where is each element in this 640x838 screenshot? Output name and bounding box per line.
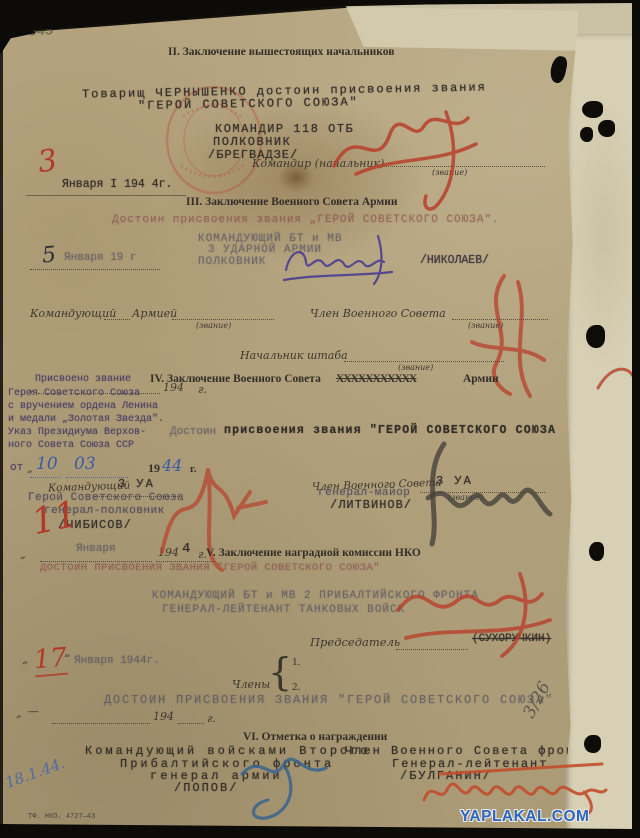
award-stamp-line: ного Совета Союза ССР — [8, 440, 134, 451]
form-line — [344, 360, 504, 362]
section5-heading: V. Заключение наградной комиссии НКО — [206, 547, 421, 559]
section2-post-2: ПОЛКОВНИК — [213, 135, 291, 149]
form-rank-label: (звание) — [196, 321, 231, 330]
award-stamp-line: Присвоено звание — [35, 374, 131, 385]
date-line — [30, 268, 160, 270]
section4-heading: IV. Заключение Военного Совета — [150, 373, 321, 385]
section5-form-year-g: г. — [207, 712, 216, 725]
scanned-award-document: 545 II. Заключение вышестоящих начальник… — [0, 0, 640, 838]
section3-date-day-handwritten: 5 — [41, 242, 57, 268]
form-line — [52, 722, 150, 724]
section2-heading: II. Заключение вышестоящих начальников — [168, 46, 394, 58]
section3-surname: /НИКОЛАЕВ/ — [420, 254, 489, 267]
signature-nikolaev — [280, 222, 415, 294]
punch-hole — [584, 735, 601, 753]
award-stamp-line: Героя Советского Союза — [8, 388, 140, 399]
section4-member-name: /ЛИТВИНОВ/ — [330, 498, 412, 512]
form-rank-label: (звание) — [398, 363, 433, 372]
form-line — [30, 476, 60, 478]
award-stamp-date-day-handwritten: 10 — [36, 454, 58, 474]
award-stamp-line: и медали „Золотая Звезда". — [8, 414, 164, 425]
award-stamp-line: Указ Президиума Верхов- — [8, 427, 146, 438]
signature-popov — [228, 746, 346, 824]
form-chief-label: Начальник штаба — [240, 349, 348, 362]
form-member-label: Член Военного Совета — [310, 307, 446, 320]
award-stamp-date-month-handwritten: 03 — [74, 454, 96, 474]
award-stamp-date-prefix: от — [10, 462, 23, 474]
form-dash: — — [28, 705, 39, 718]
form-rank-label: (звание) — [468, 321, 503, 330]
section4-heading-suffix: Армии — [463, 373, 499, 385]
section5-statement-2: ДОСТОИН ПРИСВОЕНИЯ ЗВАНИЯ "ГЕРОЙ СОВЕТСК… — [104, 693, 554, 707]
section4-heading-struck: ХХХХХХХХХХХ — [336, 373, 416, 385]
form-open-quote: „ — [16, 707, 22, 720]
members-brace: { — [268, 650, 292, 694]
date-line — [26, 194, 186, 196]
section4-statement-light: Достоин — [170, 426, 216, 438]
form-army-label: Армией — [132, 307, 177, 320]
punch-hole — [598, 120, 615, 137]
section5-statement: ДОСТОИН ПРИСВОЕНИЯ ЗВАНИЯ "ГЕРОЙ СОВЕТСК… — [40, 562, 380, 574]
punch-hole — [589, 542, 604, 561]
section3-date-text: Января 19 г — [64, 252, 137, 264]
award-stamp-open-quote: „ — [27, 462, 33, 475]
backing-sheet-strip — [564, 34, 636, 838]
section4-date-open-quote: „ — [20, 548, 26, 561]
section5-date-text: Января 1944г. — [74, 655, 160, 667]
form-line — [178, 722, 204, 724]
signature-sukhoruchkin — [382, 566, 557, 666]
section3-post-3: ПОЛКОВНИК — [198, 256, 266, 268]
section6-heading: VI. Отметка о награждении — [243, 731, 387, 743]
section5-post-2: ГЕНЕРАЛ-ЛЕЙТЕНАНТ ТАНКОВЫХ ВОЙСК — [162, 604, 405, 616]
punch-hole — [582, 101, 603, 118]
signature-litvinov-pencil — [410, 436, 555, 554]
punch-hole — [580, 127, 593, 142]
form-line — [104, 318, 130, 320]
section5-form-year: 194 — [153, 710, 174, 723]
award-stamp-line: с вручением ордена Ленина — [8, 401, 158, 412]
section2-date-text: Января I 194 4г. — [62, 178, 172, 191]
watermark: YAPLAKAL.COM — [460, 808, 589, 826]
members-item-1: 1. — [292, 656, 300, 668]
scan-border-right — [632, 0, 640, 838]
section5-date-close-quote: “ — [64, 652, 70, 666]
punch-hole — [586, 325, 605, 348]
form-line — [452, 318, 548, 320]
section5-date-open-quote: „ — [22, 652, 28, 666]
scan-border-left — [0, 28, 3, 838]
form-code: ТФ. НКО. 4727—43 — [28, 813, 95, 821]
form-line — [172, 318, 274, 320]
members-item-2: 2. — [292, 681, 300, 693]
section3-heading: III. Заключение Военного Совета Армии — [186, 196, 397, 208]
section6-right-1: Член Военного Совета фронта — [345, 744, 593, 758]
section4-date-month: Января — [76, 543, 116, 555]
section5-members-label: Члены — [232, 678, 270, 691]
